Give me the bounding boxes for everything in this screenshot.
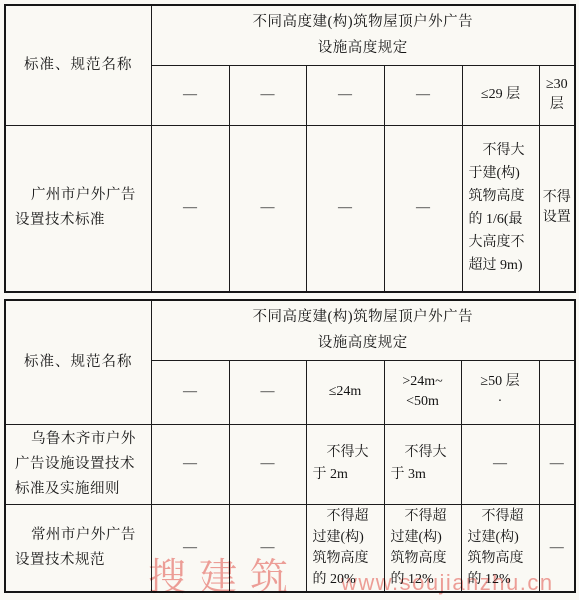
t1-sub-cell: ≤29 层 xyxy=(462,65,539,125)
t1-cell: — xyxy=(306,125,384,292)
t2-cell: 不得超 过建(构) 筑物高度 的 12% xyxy=(461,504,539,592)
t2-cell: — xyxy=(229,504,306,592)
standard-name: 常州市户外广告 设置技术规范 xyxy=(5,504,151,592)
t2-sub-cell: — xyxy=(229,360,306,424)
t1-sub-cell: — xyxy=(229,65,306,125)
t1-sub-cell: — xyxy=(306,65,384,125)
t2-cell: — xyxy=(229,424,306,504)
t1-sub-cell: ≥30 层 xyxy=(539,65,575,125)
scanned-page: 标准、规范名称 不同高度建(构)筑物屋顶户外广告 设施高度规定 — — — — … xyxy=(0,0,579,600)
regulation-table-lower: 标准、规范名称 不同高度建(构)筑物屋顶户外广告 设施高度规定 — — ≤24m… xyxy=(4,299,576,593)
t1-cell: 不得 设置 xyxy=(539,125,575,292)
t1-cell: — xyxy=(229,125,306,292)
t2-name-header: 标准、规范名称 xyxy=(5,300,151,424)
t1-cell: 不得大 于建(构) 筑物高度 的 1/6(最 大高度不 超过 9m) xyxy=(462,125,539,292)
t2-sub-cell: — xyxy=(151,360,229,424)
t2-row-changzhou: 常州市户外广告 设置技术规范 — — 不得超 过建(构) 筑物高度 的 20% … xyxy=(5,504,575,592)
t1-name-header: 标准、规范名称 xyxy=(5,5,151,125)
t2-span-title: 不同高度建(构)筑物屋顶户外广告 设施高度规定 xyxy=(151,300,575,360)
t2-sub-cell xyxy=(539,360,575,424)
t2-cell: 不得超 过建(构) 筑物高度 的 20% xyxy=(306,504,384,592)
t1-cell: — xyxy=(151,125,229,292)
t1-sub-cell: — xyxy=(384,65,462,125)
t2-sub-cell: ≥50 层 · xyxy=(461,360,539,424)
t2-cell: 不得超 过建(构) 筑物高度 的 12% xyxy=(384,504,461,592)
t2-cell: — xyxy=(539,424,575,504)
t2-cell: 不得大 于 3m xyxy=(384,424,461,504)
t2-cell: — xyxy=(151,504,229,592)
t1-row-guangzhou: 广州市户外广告 设置技术标准 — — — — 不得大 于建(构) 筑物高度 的 … xyxy=(5,125,575,292)
t1-sub-cell: — xyxy=(151,65,229,125)
t2-cell: — xyxy=(151,424,229,504)
standard-name: 乌鲁木齐市户外 广告设施设置技术 标准及实施细则 xyxy=(5,424,151,504)
t2-cell: — xyxy=(539,504,575,592)
t2-sub-cell: >24m~ <50m xyxy=(384,360,461,424)
standard-name: 广州市户外广告 设置技术标准 xyxy=(5,125,151,292)
t2-cell: 不得大 于 2m xyxy=(306,424,384,504)
t1-span-title: 不同高度建(构)筑物屋顶户外广告 设施高度规定 xyxy=(151,5,575,65)
t1-cell: — xyxy=(384,125,462,292)
regulation-table-upper: 标准、规范名称 不同高度建(构)筑物屋顶户外广告 设施高度规定 — — — — … xyxy=(4,4,576,293)
t2-cell: — xyxy=(461,424,539,504)
t2-sub-cell: ≤24m xyxy=(306,360,384,424)
t2-row-urumqi: 乌鲁木齐市户外 广告设施设置技术 标准及实施细则 — — 不得大 于 2m 不得… xyxy=(5,424,575,504)
